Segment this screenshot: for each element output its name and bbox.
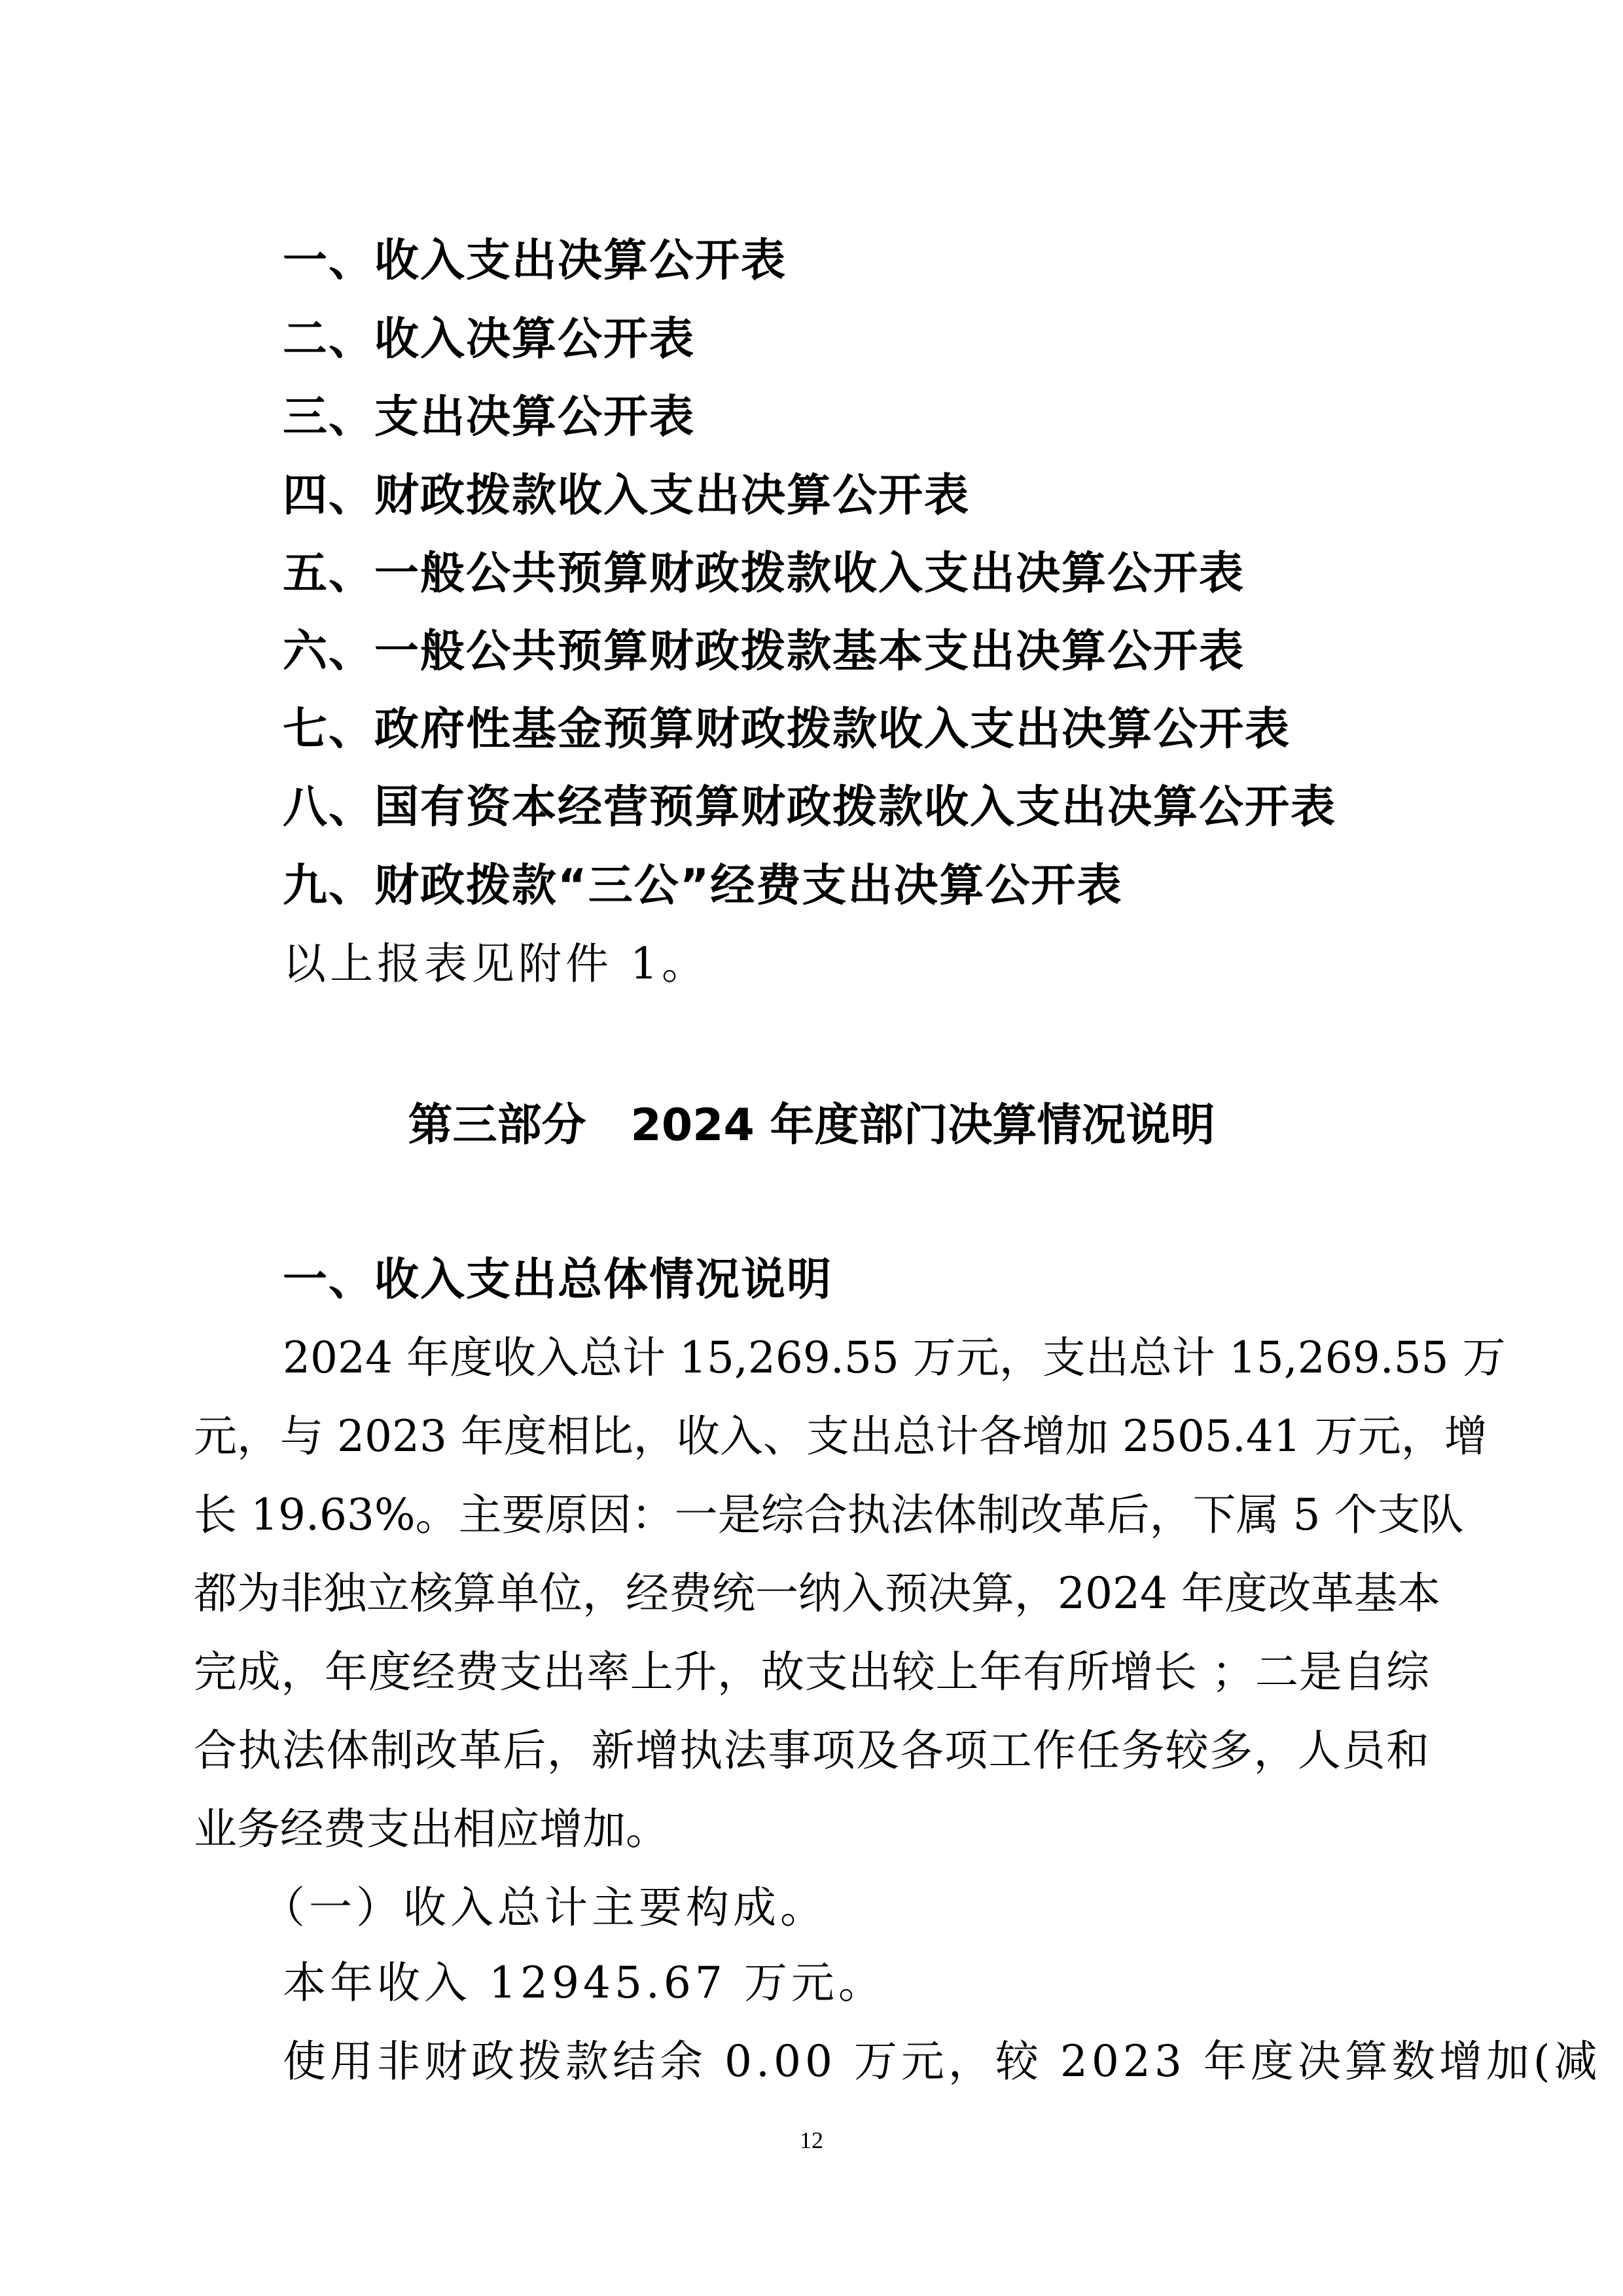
paragraph-line: 都为非独立核算单位，经费统一纳入预决算，2024 年度改革基本 (194, 1572, 1429, 1615)
paragraph-line: 2024 年度收入总计 15,269.55 万元，支出总计 15,269.55 … (283, 1336, 1429, 1380)
section-heading: 一、收入支出总体情况说明 (283, 1258, 832, 1302)
paragraph-line: 合执法体制改革后，新增执法事项及各项工作任务较多，人员和 (194, 1729, 1429, 1772)
list-item: 七、政府性基金预算财政拨款收入支出决算公开表 (283, 708, 1291, 752)
subsection-heading: （一）收入总计主要构成。 (262, 1886, 827, 1929)
list-item: 四、财政拨款收入支出决算公开表 (283, 474, 970, 518)
current-income-text: 本年收入 12945.67 万元。 (283, 1962, 885, 2005)
list-item: 一、收入支出决算公开表 (283, 239, 787, 283)
paragraph-line: 长 19.63%。主要原因：一是综合执法体制改革后，下属 5 个支队 (194, 1494, 1429, 1537)
list-item: 五、一般公共预算财政拨款收入支出决算公开表 (283, 552, 1245, 596)
part-heading: 第三部分 2024 年度部门决算情况说明 (0, 1103, 1623, 1148)
list-item: 六、一般公共预算财政拨款基本支出决算公开表 (283, 630, 1245, 674)
list-item: 三、支出决算公开表 (283, 395, 695, 440)
list-item: 九、财政拨款“三公”经费支出决算公开表 (283, 864, 1122, 908)
list-item: 二、收入决算公开表 (283, 317, 695, 362)
attachment-note: 以上报表见附件 1。 (283, 942, 709, 986)
page-number: 12 (0, 2128, 1623, 2152)
non-fiscal-balance-text: 使用非财政拨款结余 0.00 万元，较 2023 年度决算数增加(减 (283, 2040, 1601, 2083)
paragraph-line: 元，与 2023 年度相比，收入、支出总计各增加 2505.41 万元，增 (194, 1415, 1429, 1458)
list-item: 八、国有资本经营预算财政拨款收入支出决算公开表 (283, 785, 1336, 830)
paragraph-line: 业务经费支出相应增加。 (194, 1808, 1429, 1851)
paragraph-line: 完成，年度经费支出率上升，故支出较上年有所增长 ；二是自综 (194, 1651, 1429, 1694)
